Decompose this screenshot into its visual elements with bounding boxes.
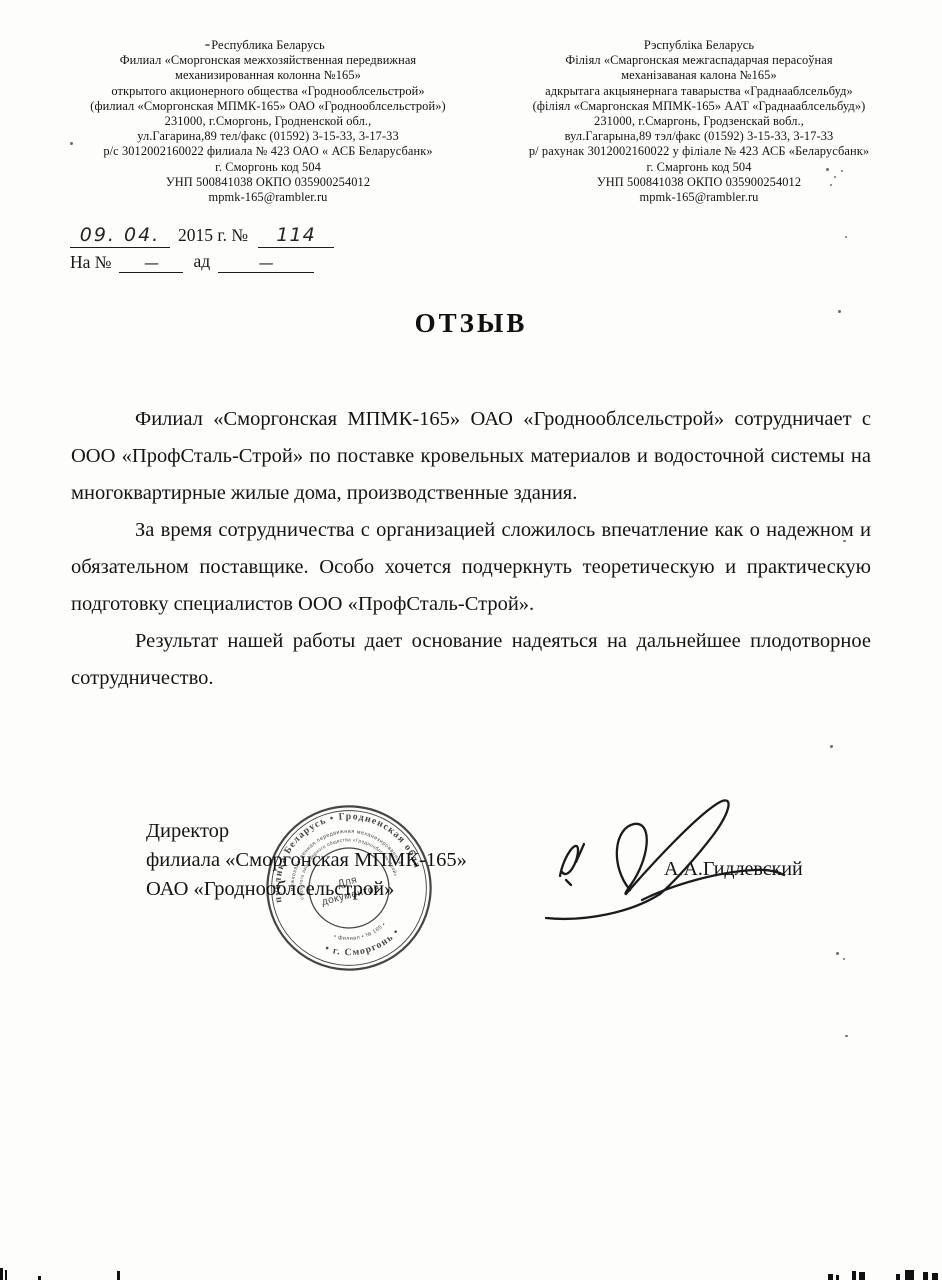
handwritten-date: 09. 04. xyxy=(70,224,170,248)
scan-edge-artifact xyxy=(852,1271,856,1280)
stamp-outer-bottom-text: • г. Сморгонь • xyxy=(321,925,405,966)
letterhead-line: Рэспубліка Беларусь xyxy=(488,38,910,53)
letterhead-line: 231000, г.Смаргонь, Гродзенскай вобл., xyxy=(488,114,910,129)
scan-edge-artifact xyxy=(38,1276,41,1280)
scan-speckle xyxy=(834,176,836,178)
scan-edge-artifact xyxy=(0,1268,3,1280)
handwritten-outgoing-number: 114 xyxy=(258,224,334,248)
letterhead-line: (філіял «Смаргонская МПМК-165» ААТ «Град… xyxy=(488,99,910,114)
document-title: ОТЗЫВ xyxy=(0,308,942,339)
scan-edge-artifact xyxy=(896,1274,900,1280)
handwritten-reply-from-dash: — xyxy=(218,254,314,273)
document-body: Филиал «Сморгонская МПМК-165» ОАО «Гродн… xyxy=(71,401,871,697)
stamp-center-line1: Для xyxy=(337,875,359,890)
scan-speckle xyxy=(826,168,829,171)
handwritten-reply-dash: — xyxy=(119,254,183,273)
letterhead-line: Филиал «Сморгонская межхозяйственная пер… xyxy=(52,53,484,68)
letterhead-line: вул.Гагарына,89 тэл/факс (01592) 3-15-33… xyxy=(488,129,910,144)
scan-edge-artifact xyxy=(905,1270,914,1280)
stamp-ring-text: • г. Сморгонь • xyxy=(321,925,405,966)
autograph-initial-stroke xyxy=(560,844,584,885)
letterhead-line: УНП 500841038 ОКПО 035900254012 xyxy=(52,175,484,190)
letterhead-line: (филиал «Сморгонская МПМК-165» ОАО «Грод… xyxy=(52,99,484,114)
scan-speckle xyxy=(838,310,841,313)
letterhead-line: р/с 3012002160022 филиала № 423 ОАО « АС… xyxy=(52,144,484,159)
scan-speckle xyxy=(843,958,845,960)
reference-reply-line: На № — ад — xyxy=(70,251,334,273)
letterhead-line: открытого акционерного общества «Гродноо… xyxy=(52,84,484,99)
autograph-tail-stroke xyxy=(546,894,660,919)
letterhead-line: 231000, г.Сморгонь, Гродненской обл., xyxy=(52,114,484,129)
autograph-loop-stroke xyxy=(617,824,647,894)
reference-block: 09. 04. 2015 г. № 114 На № — ад — xyxy=(70,224,334,273)
letterhead-line: механизированная колонна №165» xyxy=(52,68,484,83)
reference-date-line: 09. 04. 2015 г. № 114 xyxy=(70,224,334,248)
reply-from-label: ад xyxy=(193,251,210,273)
document-page: Республика Беларусь Филиал «Сморгонская … xyxy=(0,0,942,1280)
scan-speckle xyxy=(70,142,73,145)
scan-edge-artifact xyxy=(828,1274,833,1280)
letterhead-line: Республика Беларусь xyxy=(52,38,484,53)
autograph-sweep-stroke xyxy=(626,800,729,894)
stamp-outer-top-text: Республика Беларусь • Гродненская област… xyxy=(246,785,423,908)
scan-edge-artifact xyxy=(923,1272,928,1280)
scan-speckle xyxy=(843,540,846,542)
scan-speckle xyxy=(830,745,833,748)
letterhead-belarusian: Рэспубліка Беларусь Філіял «Смаргонская … xyxy=(488,38,910,205)
reply-number-label: На № xyxy=(70,252,111,273)
body-paragraph: За время сотрудничества с организацией с… xyxy=(71,512,871,623)
scan-speckle xyxy=(836,952,839,955)
scan-edge-artifact xyxy=(5,1270,7,1280)
date-number-label: 2015 г. № xyxy=(178,225,248,248)
signature-autograph xyxy=(538,788,808,928)
letterhead-line: ул.Гагарина,89 тел/факс (01592) 3-15-33,… xyxy=(52,129,484,144)
letterhead-line: р/ рахунак 3012002160022 у філіале № 423… xyxy=(488,144,910,159)
official-round-stamp: Республика Беларусь • Гродненская област… xyxy=(246,785,452,991)
autograph-cross-stroke xyxy=(642,870,784,900)
scan-speckle xyxy=(841,170,843,172)
letterhead-line: адкрытага акцыянернага таварыства «Градн… xyxy=(488,84,910,99)
scan-speckle xyxy=(845,236,847,238)
scan-edge-artifact xyxy=(932,1273,938,1280)
letterhead-line: г. Сморгонь код 504 xyxy=(52,160,484,175)
scan-speckle xyxy=(830,184,832,186)
letterhead-line: механізаваная калона №165» xyxy=(488,68,910,83)
scan-edge-artifact xyxy=(117,1271,120,1280)
scan-edge-artifact xyxy=(836,1275,839,1280)
letterhead-line: УНП 500841038 ОКПО 035900254012 xyxy=(488,175,910,190)
letterhead: Республика Беларусь Филиал «Сморгонская … xyxy=(0,38,942,205)
body-paragraph: Результат нашей работы дает основание на… xyxy=(71,623,871,697)
letterhead-line: г. Смаргонь код 504 xyxy=(488,160,910,175)
stamp-ring-text: Республика Беларусь • Гродненская област… xyxy=(246,785,423,908)
letterhead-line: Філіял «Смаргонская межгаспадарчая перас… xyxy=(488,53,910,68)
letterhead-email: mpmk-165@rambler.ru xyxy=(52,190,484,205)
letterhead-email: mpmk-165@rambler.ru xyxy=(488,190,910,205)
scan-speckle xyxy=(845,1035,848,1037)
scan-speckle xyxy=(205,44,210,46)
letterhead-russian: Республика Беларусь Филиал «Сморгонская … xyxy=(52,38,484,205)
scan-edge-artifact xyxy=(859,1272,865,1280)
body-paragraph: Филиал «Сморгонская МПМК-165» ОАО «Гродн… xyxy=(71,401,871,512)
